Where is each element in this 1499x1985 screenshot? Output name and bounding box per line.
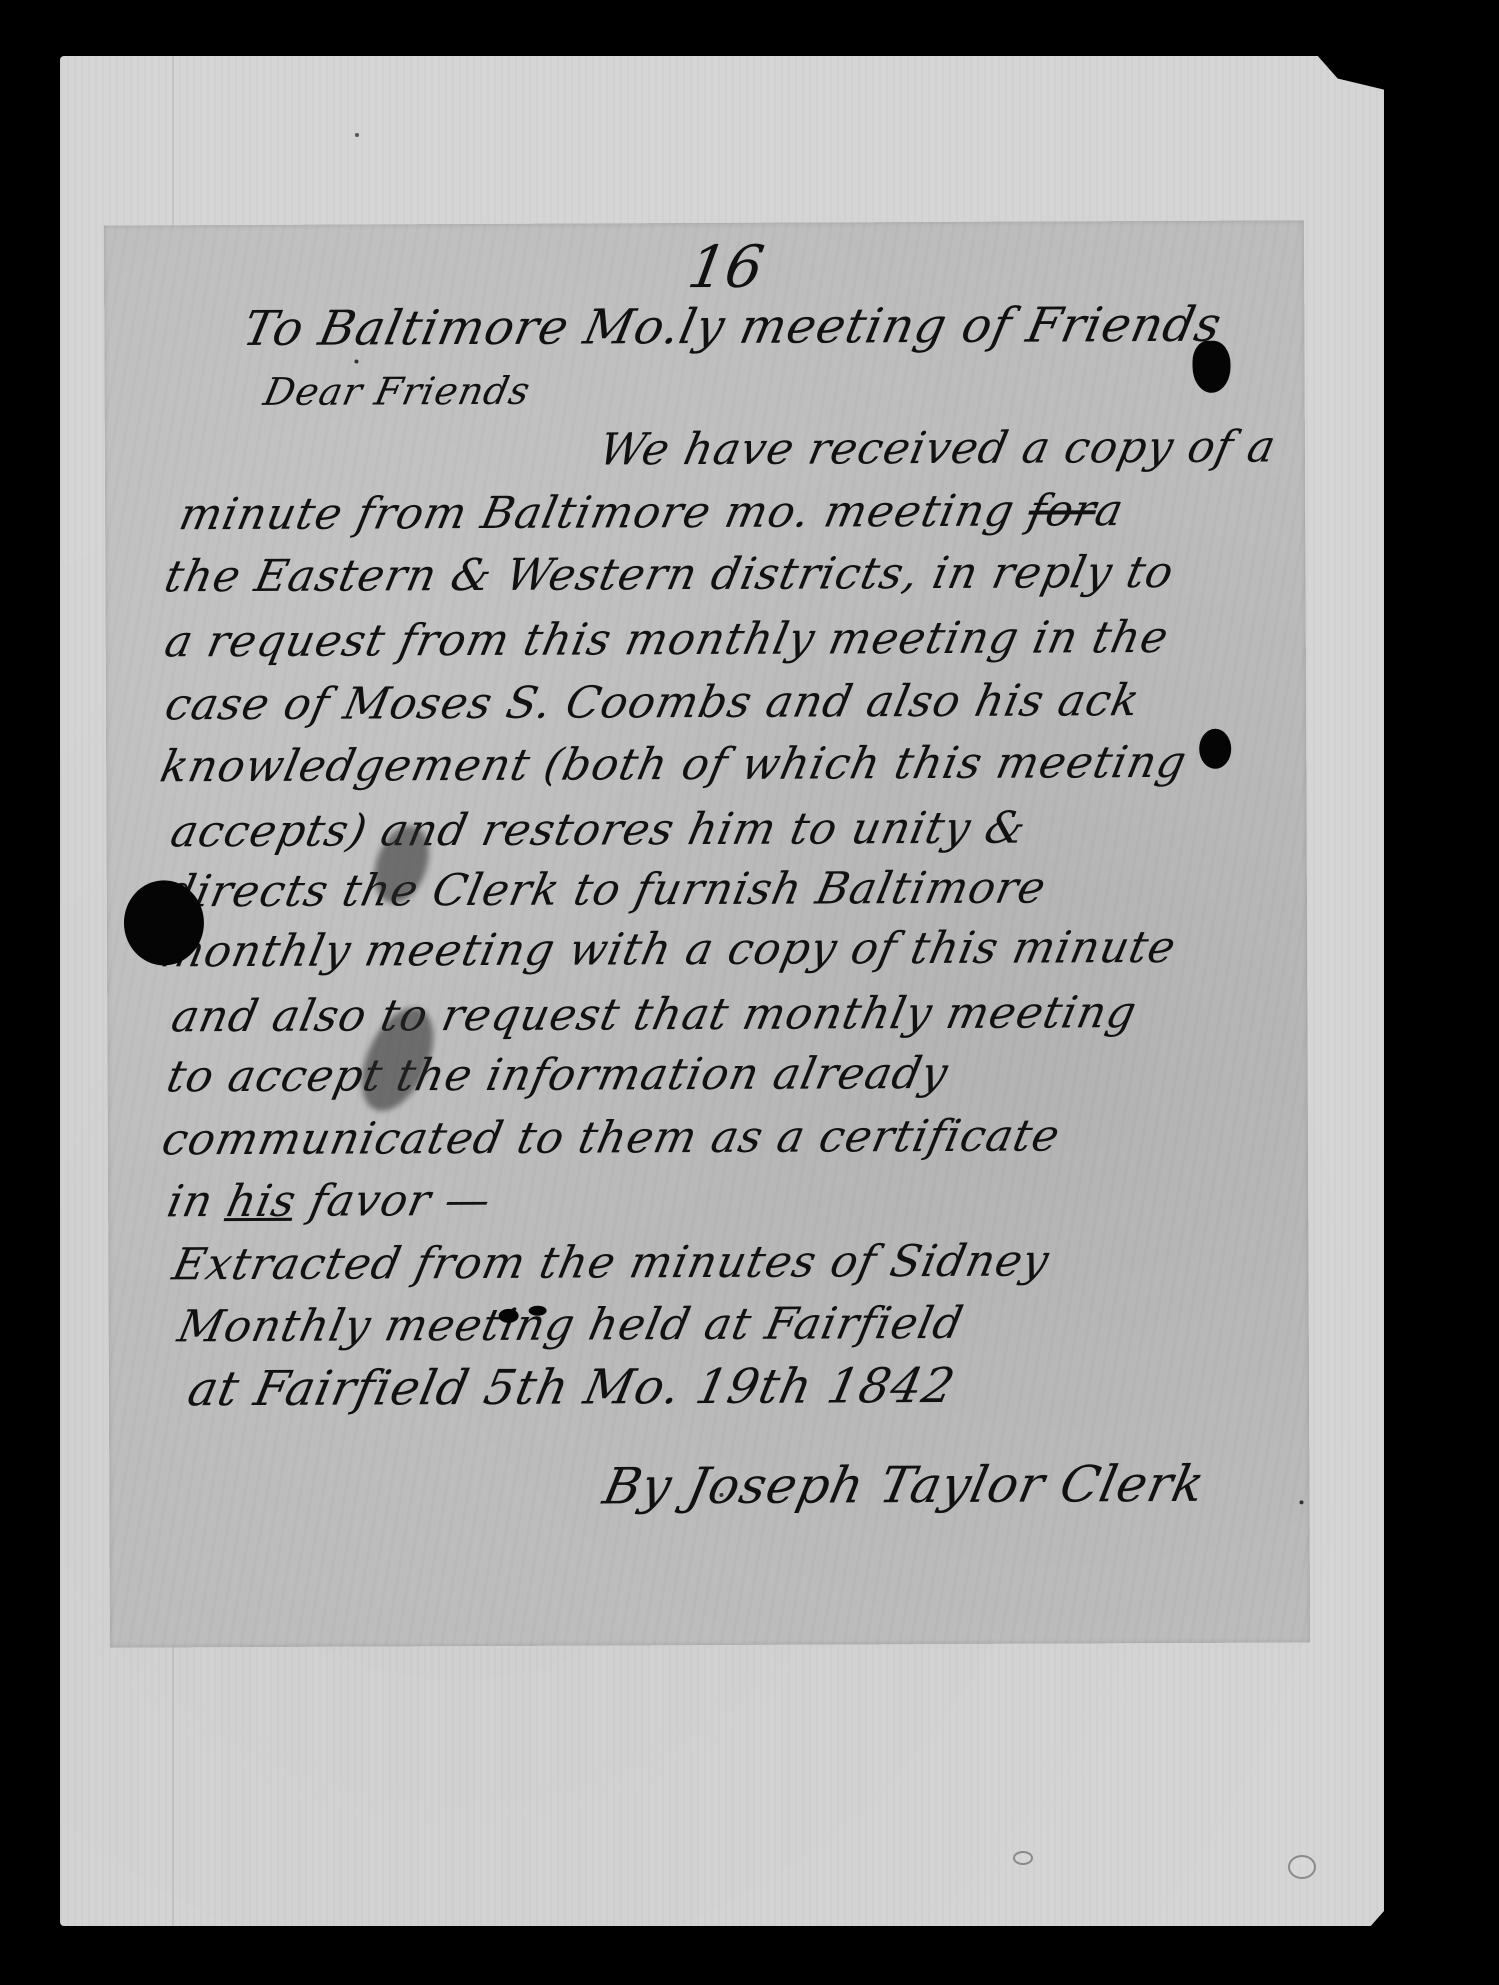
address-line: To Baltimore Mo.ly meeting of Friends [239, 301, 1226, 353]
body-line-10: and also to request that monthly meeting [168, 991, 1141, 1039]
body-line-3: the Eastern & Western districts, in repl… [161, 551, 1178, 599]
ink-spot-signature-2 [529, 1306, 547, 1316]
body-line-12: communicated to them as a certificate [158, 1114, 1064, 1162]
body-line-11: to accept the information already [163, 1052, 952, 1099]
ink-spot-signature-1 [499, 1309, 519, 1323]
body-line-7: accepts) and restores him to unity & [167, 807, 1030, 855]
stain-ring-bottom [1013, 1851, 1033, 1865]
letter-handwriting: 16 To Baltimore Mo.ly meeting of Friends… [104, 220, 1310, 1647]
greeting-line: Dear Friends [261, 372, 534, 411]
wax-seal-remnant [124, 880, 204, 965]
paper-speck [354, 360, 358, 364]
stain-ring-bottom-right [1288, 1855, 1316, 1879]
body-line-8: directs the Clerk to furnish Baltimore [162, 867, 1050, 915]
underlined-word: his [222, 1176, 301, 1227]
body-line-2: minute from Baltimore mo. meeting fora [176, 489, 1128, 537]
body-line-13: in his favor — [164, 1179, 495, 1224]
closing-line-3: at Fairfield 5th Mo. 19th 1842 [184, 1362, 959, 1413]
handwritten-letter-sheet: 16 To Baltimore Mo.ly meeting of Friends… [104, 220, 1310, 1647]
body-line-1: We have received a copy of a [595, 425, 1280, 472]
favor-suffix: favor — [290, 1175, 495, 1227]
body-line-5: case of Moses S. Coombs and also his ack [161, 679, 1143, 727]
closing-line-1: Extracted from the minutes of Sidney [169, 1239, 1053, 1287]
body-line-9: monthly meeting with a copy of this minu… [157, 926, 1179, 974]
body-line-4: a request from this monthly meeting in t… [161, 616, 1172, 664]
struck-out-word: for [1024, 485, 1101, 536]
ink-blot-right [1199, 729, 1231, 769]
closing-line-2: Monthly meeting held at Fairfield [174, 1302, 967, 1349]
page-number: 16 [683, 233, 769, 301]
body-line-2-text: minute from Baltimore mo. meeting [175, 486, 1034, 541]
ink-blot-top-right [1192, 341, 1230, 393]
body-line-6: knowledgement (both of which this meetin… [157, 741, 1191, 790]
paper-speck [1299, 1500, 1303, 1504]
paper-speck [719, 1493, 723, 1497]
signature: By Joseph Taylor Clerk [599, 1459, 1209, 1512]
backing-speck [355, 133, 359, 137]
